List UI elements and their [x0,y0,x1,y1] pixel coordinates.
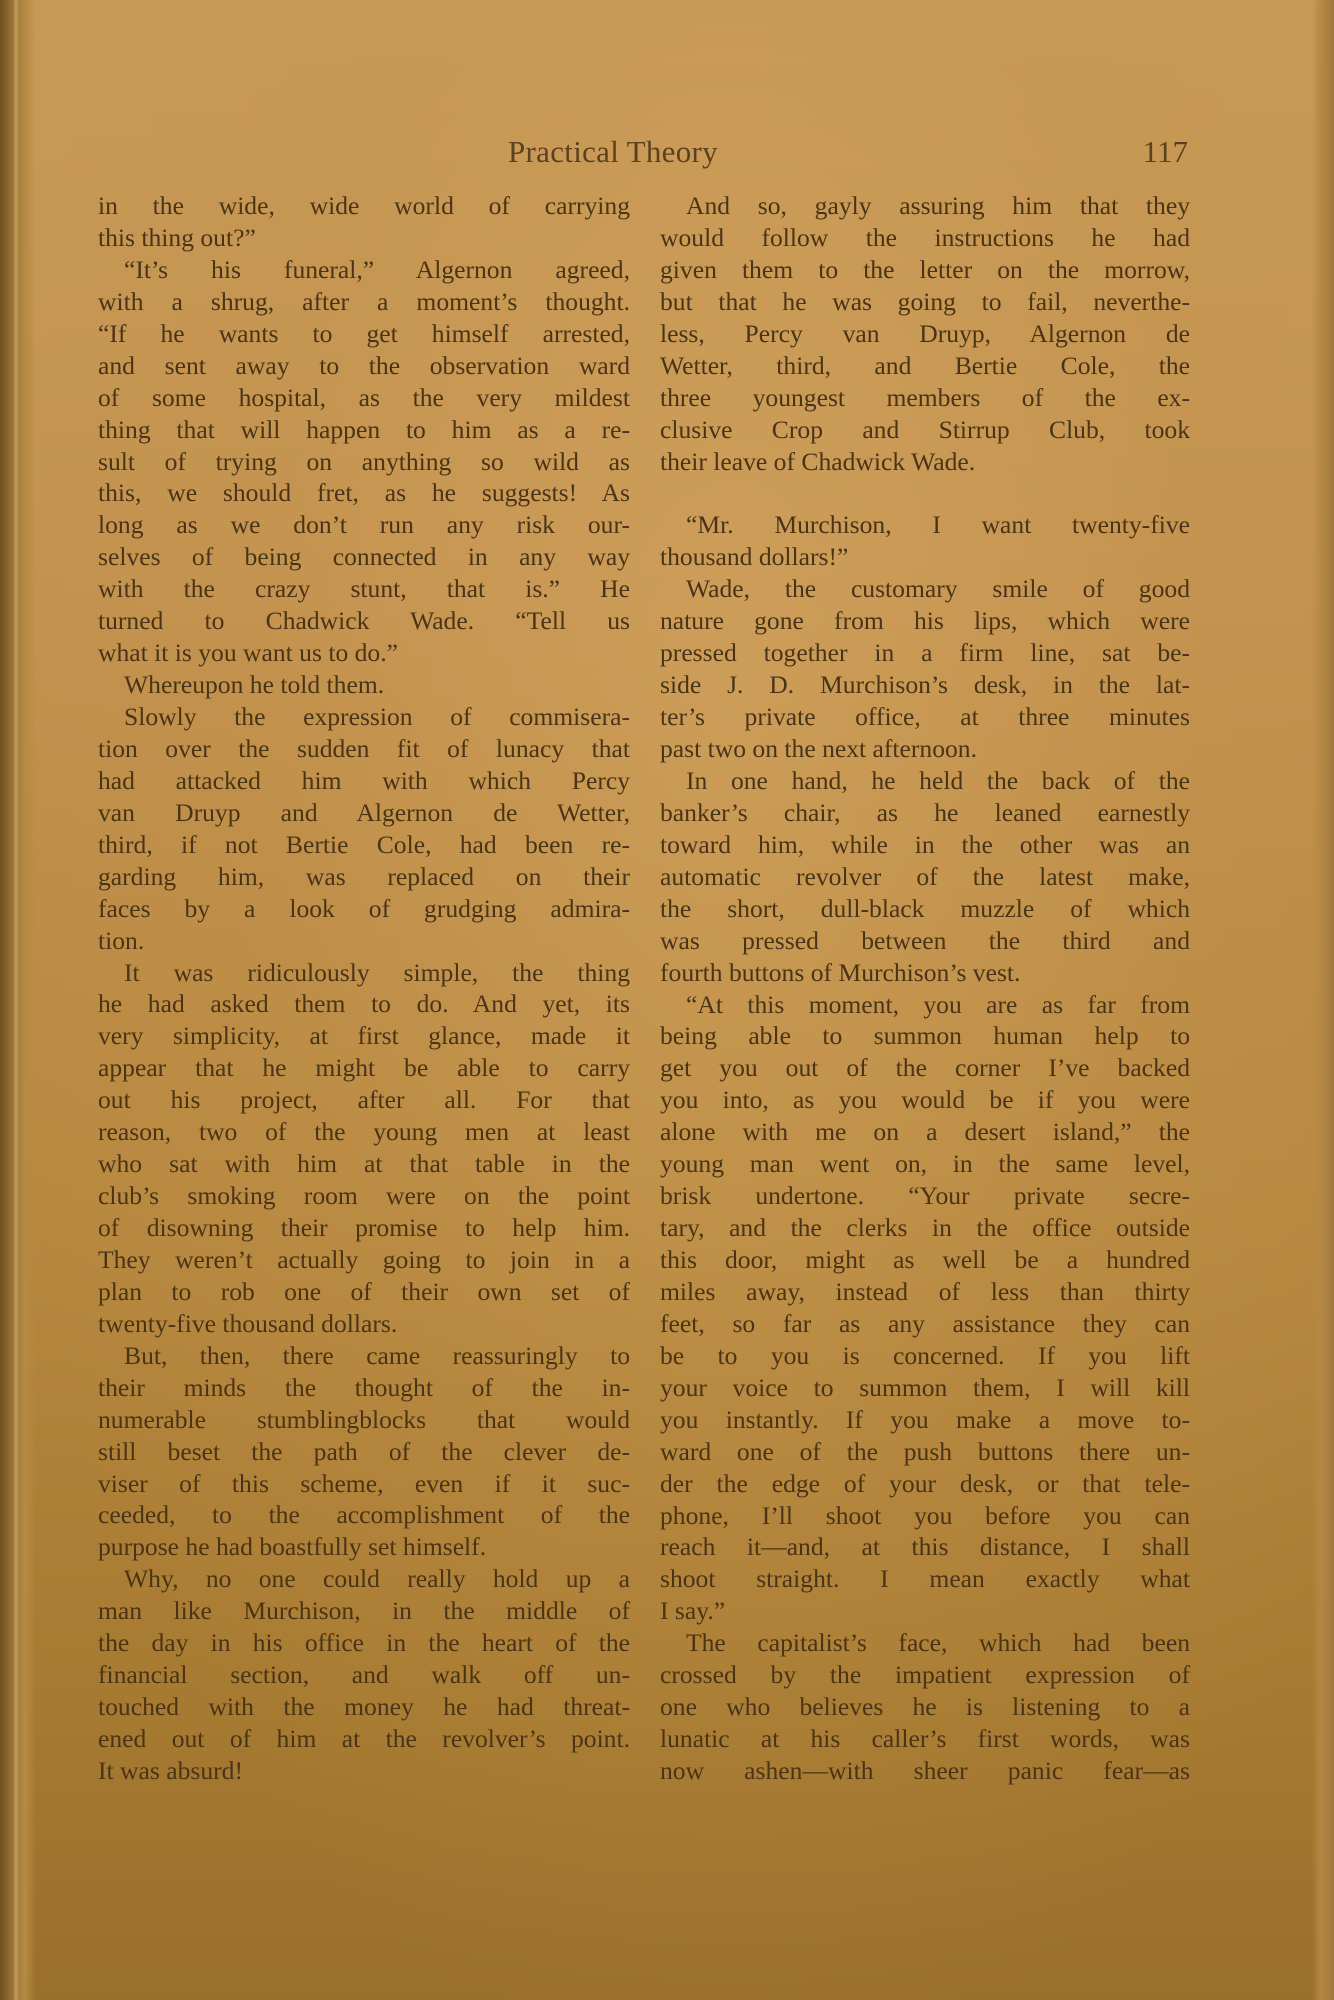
text-line: miles away, instead of less than thirty [660,1276,1190,1308]
text-line: three youngest members of the ex- [660,382,1190,414]
text-line: this, we should fret, as he suggests! As [98,477,630,509]
text-line: tion over the sudden fit of lunacy that [98,733,630,765]
text-line: brisk undertone. “Your private secre- [660,1180,1190,1212]
text-line: Wetter, third, and Bertie Cole, the [660,350,1190,382]
text-line: was pressed between the third and [660,925,1190,957]
text-line: clusive Crop and Stirrup Club, took [660,414,1190,446]
text-line: sult of trying on anything so wild as [98,446,630,478]
left-text-column: in the wide, wide world of carryingthis … [98,190,630,1787]
text-line: out his project, after all. For that [98,1084,630,1116]
text-line: given them to the letter on the morrow, [660,254,1190,286]
text-line: pressed together in a firm line, sat be- [660,637,1190,669]
text-line: thousand dollars!” [660,541,1190,573]
page-header: Practical Theory 117 [508,134,1188,174]
text-line: side J. D. Murchison’s desk, in the lat- [660,669,1190,701]
text-line: young man went on, in the same level, [660,1148,1190,1180]
text-line: lunatic at his caller’s first words, was [660,1723,1190,1755]
text-line: selves of being connected in any way [98,541,630,573]
text-line: who sat with him at that table in the [98,1148,630,1180]
text-line: I say.” [660,1595,1190,1627]
text-line: twenty-five thousand dollars. [98,1308,630,1340]
text-line: still beset the path of the clever de- [98,1436,630,1468]
text-line: very simplicity, at first glance, made i… [98,1020,630,1052]
section-holdup-scene: “Mr. Murchison, I want twenty-fivethousa… [660,509,1190,1787]
text-line: financial section, and walk off un- [98,1659,630,1691]
text-line: purpose he had boastfully set himself. [98,1531,630,1563]
text-line: nature gone from his lips, which were [660,605,1190,637]
text-line: of some hospital, as the very mildest [98,382,630,414]
text-line: banker’s chair, as he leaned earnestly [660,797,1190,829]
text-line: one who believes he is listening to a [660,1691,1190,1723]
text-line: he had asked them to do. And yet, its [98,988,630,1020]
text-line: your voice to summon them, I will kill [660,1372,1190,1404]
text-line: this door, might as well be a hundred [660,1244,1190,1276]
text-line: They weren’t actually going to join in a [98,1244,630,1276]
text-line: of disowning their promise to help him. [98,1212,630,1244]
text-line: faces by a look of grudging admira- [98,893,630,925]
text-line: viser of this scheme, even if it suc- [98,1468,630,1500]
text-line: club’s smoking room were on the point [98,1180,630,1212]
text-line: but that he was going to fail, neverthe- [660,286,1190,318]
section-gap [660,477,1190,509]
text-line: ened out of him at the revolver’s point. [98,1723,630,1755]
book-page: Practical Theory 117 in the wide, wide w… [0,0,1334,2000]
text-line: third, if not Bertie Cole, had been re- [98,829,630,861]
text-line: thing that will happen to him as a re- [98,414,630,446]
text-line: the short, dull-black muzzle of which [660,893,1190,925]
text-line: It was ridiculously simple, the thing [98,957,630,989]
text-line: be to you is concerned. If you lift [660,1340,1190,1372]
text-line: their leave of Chadwick Wade. [660,446,1190,478]
text-line: man like Murchison, in the middle of [98,1595,630,1627]
text-line: “Mr. Murchison, I want twenty-five [660,509,1190,541]
text-line: past two on the next afternoon. [660,733,1190,765]
text-line: with the crazy stunt, that is.” He [98,573,630,605]
text-line: appear that he might be able to carry [98,1052,630,1084]
text-line: would follow the instructions he had [660,222,1190,254]
text-line: ter’s private office, at three minutes [660,701,1190,733]
text-line: what it is you want us to do.” [98,637,630,669]
text-line: you into, as you would be if you were [660,1084,1190,1116]
text-line: Why, no one could really hold up a [98,1563,630,1595]
text-line: der the edge of your desk, or that tele- [660,1468,1190,1500]
right-text-column: And so, gayly assuring him that theywoul… [660,190,1190,1787]
page-number: 117 [1143,134,1188,170]
text-line: get you out of the corner I’ve backed [660,1052,1190,1084]
text-line: Wade, the customary smile of good [660,573,1190,605]
running-title: Practical Theory [508,134,718,170]
text-line: being able to summon human help to [660,1020,1190,1052]
text-line: van Druyp and Algernon de Wetter, [98,797,630,829]
text-line: long as we don’t run any risk our- [98,509,630,541]
text-line: ceeded, to the accomplishment of the [98,1499,630,1531]
text-line: less, Percy van Druyp, Algernon de [660,318,1190,350]
text-line: fourth buttons of Murchison’s vest. [660,957,1190,989]
text-line: the day in his office in the heart of th… [98,1627,630,1659]
text-line: numerable stumblingblocks that would [98,1404,630,1436]
text-line: you instantly. If you make a move to- [660,1404,1190,1436]
binding-edge [14,0,18,2000]
text-line: touched with the money he had threat- [98,1691,630,1723]
text-line: shoot straight. I mean exactly what [660,1563,1190,1595]
text-line: Slowly the expression of commisera- [98,701,630,733]
text-line: this thing out?” [98,222,630,254]
text-line: In one hand, he held the back of the [660,765,1190,797]
text-line: “It’s his funeral,” Algernon agreed, [98,254,630,286]
text-line: tary, and the clerks in the office outsi… [660,1212,1190,1244]
text-line: turned to Chadwick Wade. “Tell us [98,605,630,637]
text-line: in the wide, wide world of carrying [98,190,630,222]
text-line: crossed by the impatient expression of [660,1659,1190,1691]
text-line: automatic revolver of the latest make, [660,861,1190,893]
text-line: with a shrug, after a moment’s thought. [98,286,630,318]
text-line: now ashen—with sheer panic fear—as [660,1755,1190,1787]
text-line: tion. [98,925,630,957]
text-line: “If he wants to get himself arrested, [98,318,630,350]
text-line: But, then, there came reassuringly to [98,1340,630,1372]
text-line: ward one of the push buttons there un- [660,1436,1190,1468]
text-line: plan to rob one of their own set of [98,1276,630,1308]
text-line: toward him, while in the other was an [660,829,1190,861]
text-line: The capitalist’s face, which had been [660,1627,1190,1659]
text-line: alone with me on a desert island,” the [660,1116,1190,1148]
text-line: Whereupon he told them. [98,669,630,701]
text-line: And so, gayly assuring him that they [660,190,1190,222]
text-line: phone, I’ll shoot you before you can [660,1500,1190,1532]
section-break-before: And so, gayly assuring him that theywoul… [660,190,1190,477]
text-line: their minds the thought of the in- [98,1372,630,1404]
text-line: garding him, was replaced on their [98,861,630,893]
text-line: reason, two of the young men at least [98,1116,630,1148]
text-line: “At this moment, you are as far from [660,989,1190,1021]
text-line: and sent away to the observation ward [98,350,630,382]
text-line: had attacked him with which Percy [98,765,630,797]
text-line: It was absurd! [98,1755,630,1787]
text-line: reach it—and, at this distance, I shall [660,1531,1190,1563]
text-line: feet, so far as any assistance they can [660,1308,1190,1340]
